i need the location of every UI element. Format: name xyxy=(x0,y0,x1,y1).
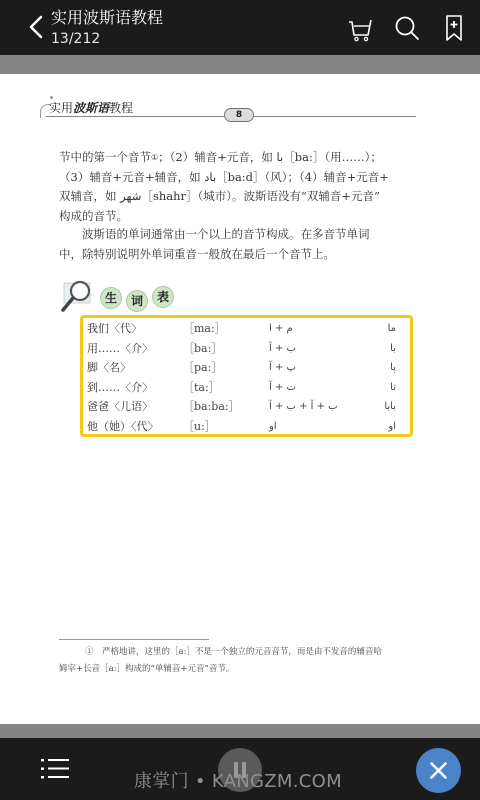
top-bar: 实用波斯语教程 13/212 xyxy=(0,0,480,55)
page-gutter-top xyxy=(0,55,480,74)
vocab-word: 到……〈介〉 xyxy=(87,378,153,398)
toc-list-icon xyxy=(40,758,70,780)
vocab-persian: بابا xyxy=(384,397,396,417)
running-header: 实用波斯语教程 8 xyxy=(36,96,416,120)
vocab-word: 爸爸〈儿语〉 xyxy=(87,397,153,417)
vocab-char-bubble: 生 xyxy=(100,287,122,309)
vocab-composition: او xyxy=(269,417,277,437)
text-line: 双辅音，如 شهر［shahr］（城市）。波斯语没有“双辅音+元音” xyxy=(59,187,389,207)
footnote: ① 严格地讲，这里的［a:］不是一个独立的元音音节，而是由不发音的辅音哈 姆宰+… xyxy=(59,644,419,678)
vocab-persian: تا xyxy=(390,378,396,398)
table-row: 到……〈介〉 ［ta:］ ت + آ تا xyxy=(83,378,410,398)
vocabulary-table: 我们〈代〉 ［ma:］ م + ا ما 用……〈介〉 ［ba:］ ب + آ … xyxy=(80,315,413,437)
vocab-word: 脚〈名〉 xyxy=(87,358,131,378)
table-row: 爸爸〈儿语〉 ［ba:ba:］ ب + آ + ب + آ بابا xyxy=(83,397,410,417)
footnote-line: ① 严格地讲，这里的［a:］不是一个独立的元音音节，而是由不发音的辅音哈 xyxy=(59,644,419,661)
vocab-composition: ب + آ xyxy=(269,339,296,359)
bookmark-add-icon xyxy=(440,13,470,43)
text-line: 构成的音节。 xyxy=(59,207,389,227)
close-icon xyxy=(416,748,461,793)
vocab-word: 用……〈介〉 xyxy=(87,339,153,359)
paragraph-stress: 波斯语的单词通常由一个以上的音节构成。在多音节单词 中，除特别说明外单词重音一般… xyxy=(59,225,370,264)
footnote-line: 姆宰+长音［a:］构成的“单辅音+元音”音节。 xyxy=(59,661,419,678)
vocab-pronunciation: ［u:］ xyxy=(183,417,216,437)
page-indicator: 13/212 xyxy=(51,29,163,49)
vocab-composition: ت + آ xyxy=(269,378,296,398)
watermark: 康掌门 • KANGZM.COM xyxy=(134,767,342,793)
vocab-composition: م + ا xyxy=(269,319,293,339)
vocab-pronunciation: ［pa:］ xyxy=(183,358,222,378)
vocab-word: 他（她）〈代〉 xyxy=(87,417,159,437)
header-title-suffix: 教程 xyxy=(109,101,133,115)
vocab-char-bubble: 表 xyxy=(152,286,174,308)
text-line: （3）辅音+元音+辅音，如 باد［ba:d］（风）；（4）辅音+元音+ xyxy=(59,168,389,188)
search-icon xyxy=(392,13,422,43)
table-row: 他（她）〈代〉 ［u:］ او او xyxy=(83,417,410,437)
vocab-pronunciation: ［ba:ba:］ xyxy=(183,397,240,417)
text-span: ；（2）辅音+元音，如 با［ba:］（用……）； xyxy=(158,150,382,164)
table-row: 用……〈介〉 ［ba:］ ب + آ با xyxy=(83,339,410,359)
vocab-persian: پا xyxy=(390,358,396,378)
vocab-pronunciation: ［ta:］ xyxy=(183,378,220,398)
cart-icon xyxy=(346,13,376,43)
paragraph-syllables: 节中的第一个音节①；（2）辅音+元音，如 با［ba:］（用……）； （3）辅音… xyxy=(59,148,389,226)
vocab-persian: با xyxy=(390,339,396,359)
running-header-title: 实用波斯语教程 xyxy=(49,99,133,116)
search-button[interactable] xyxy=(392,13,422,43)
vocabulary-heading: 生 词 表 xyxy=(60,277,190,313)
text-line: 中，除特别说明外单词重音一般放在最后一个音节上。 xyxy=(59,245,370,265)
vocab-pronunciation: ［ba:］ xyxy=(183,339,222,359)
header-title-prefix: 实用 xyxy=(49,101,73,115)
bottom-bar: 康掌门 • KANGZM.COM xyxy=(0,738,480,800)
text-line: 节中的第一个音节①；（2）辅音+元音，如 با［ba:］（用……）； xyxy=(59,148,389,168)
vocab-composition: ب + آ + ب + آ xyxy=(269,397,338,417)
vocab-word: 我们〈代〉 xyxy=(87,319,142,339)
text-span: 节中的第一个音节 xyxy=(59,150,151,164)
back-button[interactable] xyxy=(26,12,46,42)
vocab-char-bubble: 词 xyxy=(126,290,148,312)
footnote-rule xyxy=(59,639,209,640)
cart-button[interactable] xyxy=(346,13,376,43)
header-title-bold: 波斯语 xyxy=(73,101,109,115)
magnifier-icon xyxy=(60,277,96,313)
table-row: 我们〈代〉 ［ma:］ م + ا ما xyxy=(83,319,410,339)
vocab-persian: او xyxy=(388,417,396,437)
add-bookmark-button[interactable] xyxy=(440,13,470,43)
page-number-badge: 8 xyxy=(224,108,254,122)
table-row: 脚〈名〉 ［pa:］ پ + آ پا xyxy=(83,358,410,378)
page-gutter-bottom xyxy=(0,724,480,738)
back-icon xyxy=(26,12,46,42)
title-block: 实用波斯语教程 13/212 xyxy=(51,8,163,49)
book-title: 实用波斯语教程 xyxy=(51,8,163,28)
vocab-pronunciation: ［ma:］ xyxy=(183,319,226,339)
text-line: 波斯语的单词通常由一个以上的音节构成。在多音节单词 xyxy=(59,225,370,245)
close-button[interactable] xyxy=(416,748,461,793)
vocab-composition: پ + آ xyxy=(269,358,296,378)
table-of-contents-button[interactable] xyxy=(40,758,70,780)
book-page[interactable]: 实用波斯语教程 8 节中的第一个音节①；（2）辅音+元音，如 با［ba:］（用… xyxy=(0,74,480,724)
vocab-persian: ما xyxy=(388,319,396,339)
